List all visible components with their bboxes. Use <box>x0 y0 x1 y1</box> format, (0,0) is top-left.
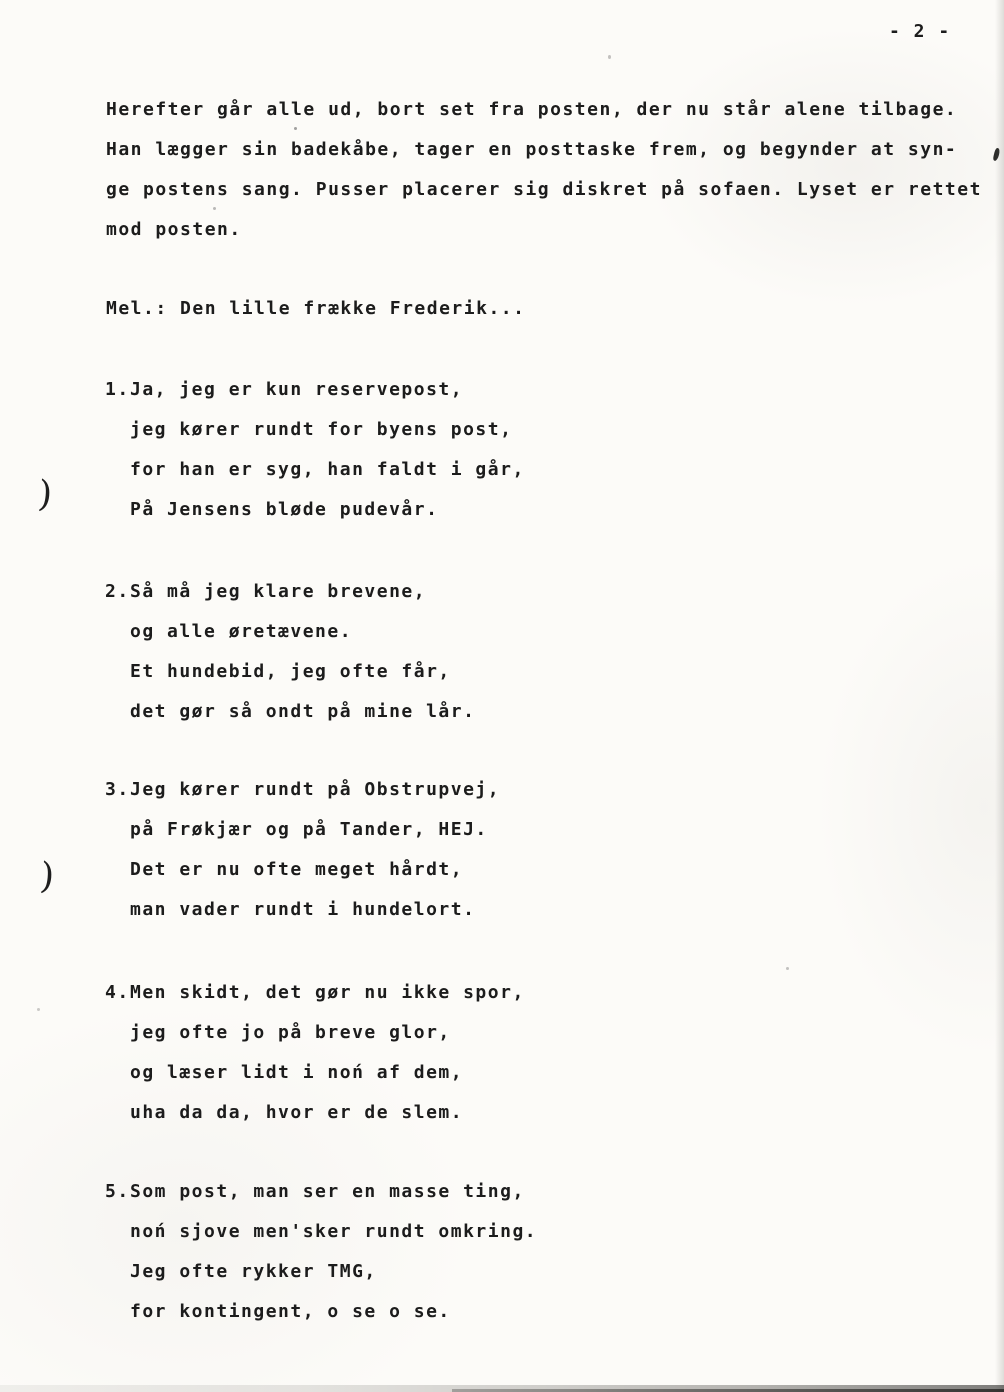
verse-3: 3. Jeg kører rundt på Obstrupvej, på Frø… <box>105 770 500 930</box>
verse-line: Ja, jeg er kun reservepost, <box>130 370 525 410</box>
verse-line: Et hundebid, jeg ofte får, <box>130 652 475 692</box>
verse-line: Så må jeg klare brevene, <box>130 572 475 612</box>
intro-paragraph: Herefter går alle ud, bort set fra poste… <box>106 90 982 250</box>
page-number: - 2 - <box>889 12 951 52</box>
verse-line: På Jensens bløde pudevår. <box>130 490 525 530</box>
verse-line: jeg ofte jo på breve glor, <box>130 1013 525 1053</box>
verse-line: man vader rundt i hundelort. <box>130 890 500 930</box>
verse-number: 1. <box>105 370 130 410</box>
verse-line: uha da da, hvor er de slem. <box>130 1093 525 1133</box>
intro-line: Herefter går alle ud, bort set fra poste… <box>106 90 982 130</box>
verse-line: Jeg ofte rykker TMG, <box>130 1252 537 1292</box>
verse-line: og alle øretævene. <box>130 612 475 652</box>
verse-line: Jeg kører rundt på Obstrupvej, <box>130 770 500 810</box>
verse-line: noń sjove men'sker rundt omkring. <box>130 1212 537 1252</box>
verse-line: jeg kører rundt for byens post, <box>130 410 525 450</box>
verse-number: 4. <box>105 973 130 1013</box>
scanned-document-page: - 2 - Herefter går alle ud, bort set fra… <box>0 0 1004 1392</box>
verse-number: 2. <box>105 572 130 612</box>
verse-number: 5. <box>105 1172 130 1212</box>
handwritten-margin-mark: ) <box>36 476 53 513</box>
intro-line: Han lægger sin badekåbe, tager en postta… <box>106 130 982 170</box>
verse-line: Men skidt, det gør nu ikke spor, <box>130 973 525 1013</box>
verse-2: 2. Så må jeg klare brevene, og alle øret… <box>105 572 475 732</box>
verse-line: på Frøkjær og på Tander, HEJ. <box>130 810 500 850</box>
verse-5: 5. Som post, man ser en masse ting, noń … <box>105 1172 537 1332</box>
verse-line: Som post, man ser en masse ting, <box>130 1172 537 1212</box>
verse-line: Det er nu ofte meget hårdt, <box>130 850 500 890</box>
scan-speck <box>37 1008 40 1011</box>
scan-speck <box>294 127 297 130</box>
melody-reference: Mel.: Den lille frække Frederik... <box>106 289 525 329</box>
scan-edge-shadow <box>995 0 1004 1392</box>
verse-line: for kontingent, o se o se. <box>130 1292 537 1332</box>
intro-line: mod posten. <box>106 210 982 250</box>
scan-speck <box>608 55 611 59</box>
intro-line: ge postens sang. Pusser placerer sig dis… <box>106 170 982 210</box>
scan-speck <box>786 967 789 970</box>
verse-line: det gør så ondt på mine lår. <box>130 692 475 732</box>
verse-number: 3. <box>105 770 130 810</box>
handwritten-margin-mark: ) <box>38 858 55 895</box>
scan-speck <box>213 207 216 210</box>
verse-line: for han er syg, han faldt i går, <box>130 450 525 490</box>
verse-4: 4. Men skidt, det gør nu ikke spor, jeg … <box>105 973 525 1133</box>
verse-line: og læser lidt i noń af dem, <box>130 1053 525 1093</box>
verse-1: 1. Ja, jeg er kun reservepost, jeg kører… <box>105 370 525 530</box>
